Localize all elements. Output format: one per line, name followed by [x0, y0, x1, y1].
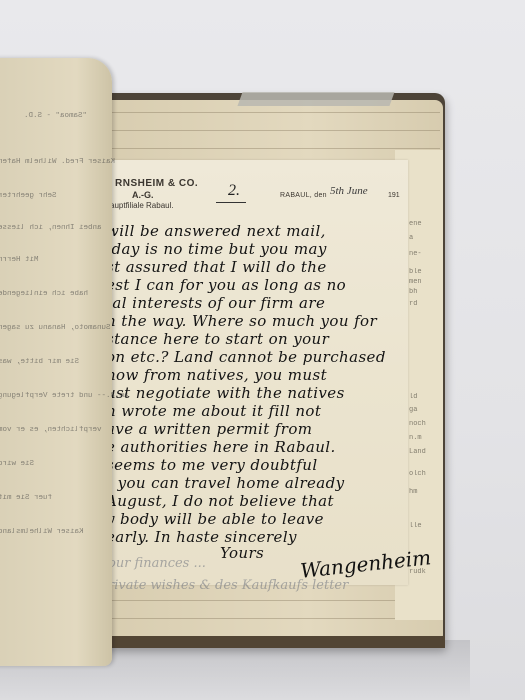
letterhead-place: RABAUL, den: [280, 192, 327, 199]
letter-date: 5th June: [330, 185, 368, 197]
letter-line: -day is no time but you may: [106, 240, 327, 258]
typed-fragment: ene: [409, 220, 422, 228]
letter-line: n wrote me about it fill not: [106, 402, 321, 420]
typed-fragment: hm: [409, 488, 417, 496]
typed-fragment: ga: [409, 406, 417, 414]
typed-fragment: rd: [409, 300, 417, 308]
cover-bottom-edge: [100, 636, 445, 648]
left-page-line: Sehr geehrter: [0, 192, 57, 200]
handwritten-letter: RNSHEIM & CO. A.-G. auptfiliale Rabaul. …: [100, 160, 408, 585]
page-edge-line: [108, 618, 440, 619]
typed-fragment: lle: [409, 522, 422, 530]
typed-fragment: ld: [409, 393, 417, 401]
page-number: 2.: [228, 182, 240, 200]
letter-line: will be answered next mail,: [106, 222, 326, 240]
page-edge-line: [108, 130, 440, 131]
letter-line: t you can travel home already: [106, 474, 345, 492]
grey-tissue-tab: [237, 92, 394, 106]
typed-fragment: a: [409, 234, 413, 242]
page-edge-line: [108, 112, 440, 113]
letter-closing: Yours: [220, 544, 264, 562]
left-page-line: Mit Herrn: [0, 256, 39, 264]
left-page-line: verpflichten, es er vom: [0, 426, 102, 434]
letter-line: seems to me very doubtful: [106, 456, 318, 474]
left-page-line: Kaiser Wilhelmsland: [0, 528, 84, 536]
left-facing-page: "Samoa" - S.D. Kaiser Fred. Wilhelm Hafe…: [0, 58, 112, 666]
letter-line: est I can for you as long as no: [106, 276, 346, 294]
typed-fragment: ble: [409, 268, 422, 276]
letter-line: now from natives, you must: [106, 366, 327, 384]
left-page-line: am 3.-- und trete Verpflegung: [0, 392, 129, 400]
letterhead-branch: auptfiliale Rabaul.: [110, 201, 174, 210]
letter-line: on etc.? Land cannot be purchased: [106, 348, 386, 366]
typed-fragment: n.m: [409, 434, 422, 442]
letter-line: ave a written permit from: [106, 420, 312, 438]
page-edge-line: [108, 600, 440, 601]
left-page-header: "Samoa" - S.D.: [24, 112, 87, 120]
letterhead-legal-form: A.-G.: [132, 190, 154, 200]
left-page-line: Sie mir bitte, was: [0, 358, 79, 366]
letter-line: stance here to start on your: [106, 330, 329, 348]
letter-line: tal interests of our firm are: [106, 294, 325, 312]
letter-line: e authorities here in Rabaul.: [106, 438, 336, 456]
letter-line: n the way. Where so much you for: [106, 312, 377, 330]
left-page-line: Kaiser Fred. Wilhelm Hafen: [0, 158, 115, 166]
bleed-through-line: our finances ...: [108, 556, 206, 571]
left-page-line: Sunamoto, Hananu zu sagen: [0, 324, 111, 332]
page-edge-line: [108, 148, 440, 149]
letter-line: y body will be able to leave: [106, 510, 324, 528]
letter-line: early. In haste sincerely: [106, 528, 297, 546]
typed-fragment: bh: [409, 288, 417, 296]
letter-line: st assured that I will do the: [106, 258, 327, 276]
left-page-line: Sie wird: [0, 460, 34, 468]
left-page-line: fuer Sie mit: [0, 494, 52, 502]
typed-fragment: men: [409, 278, 422, 286]
typed-fragment: noch: [409, 420, 426, 428]
letterhead-firm: RNSHEIM & CO.: [115, 178, 198, 189]
letter-line: August, I do not believe that: [106, 492, 334, 510]
typed-fragment: olch: [409, 470, 426, 478]
letterhead-year: 191: [388, 192, 400, 199]
typed-fragment: Land: [409, 448, 426, 456]
page-number-underline: [216, 202, 246, 203]
typed-fragment: ne-: [409, 250, 422, 258]
left-page-line: habe ich einliegende: [0, 290, 88, 298]
left-page-line: anbei Ihnen, ich liesse: [0, 224, 102, 232]
letter-line: ust negotiate with the natives: [106, 384, 345, 402]
